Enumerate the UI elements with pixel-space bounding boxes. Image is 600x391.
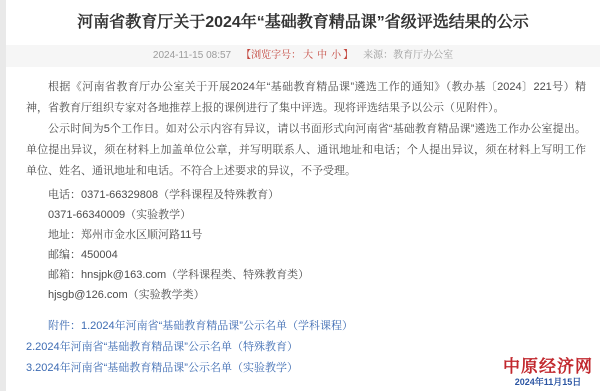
font-size-label-suffix: 】	[343, 50, 353, 61]
watermark-site-name: 中原经济网	[503, 358, 593, 377]
source-label: 来源：教育厅办公室	[363, 50, 453, 61]
article-paragraph-2: 公示时间为5个工作日。如对公示内容有异议，请以书面形式向河南省“基础教育精品课”…	[26, 119, 586, 182]
contact-address: 地址：郑州市金水区顺河路11号	[26, 225, 586, 245]
attachments-section: 附件：1.2024年河南省“基础教育精品课”公示名单（学科课程） 2.2024年…	[26, 316, 586, 379]
font-size-small-button[interactable]: 小	[331, 50, 341, 61]
page-title: 河南省教育厅关于2024年“基础教育精品课”省级评选结果的公示	[6, 0, 600, 35]
article-page: 河南省教育厅关于2024年“基础教育精品课”省级评选结果的公示 2024-11-…	[6, 0, 600, 391]
attachment-line-2: 2.2024年河南省“基础教育精品课”公示名单（特殊教育）	[26, 337, 586, 358]
contact-postcode: 邮编：450004	[26, 245, 586, 265]
contact-email-2: hjsgb@126.com（实验教学类）	[26, 285, 586, 305]
contact-info: 电话：0371-66329808（学科课程及特殊教育） 0371-6634000…	[26, 185, 586, 305]
article-body: 根据《河南省教育厅办公室关于开展2024年“基础教育精品课”遴选工作的通知》（教…	[6, 67, 600, 379]
font-size-large-button[interactable]: 大	[303, 50, 313, 61]
font-size-label: 【浏览字号：	[241, 50, 301, 61]
font-size-medium-button[interactable]: 中	[317, 50, 327, 61]
article-paragraph-1: 根据《河南省教育厅办公室关于开展2024年“基础教育精品课”遴选工作的通知》（教…	[26, 77, 586, 119]
attachment-line-3: 3.2024年河南省“基础教育精品课”公示名单（实验教学）	[26, 358, 586, 379]
watermark-date: 2024年11月15日	[503, 378, 593, 388]
attachment-link-1[interactable]: 1.2024年河南省“基础教育精品课”公示名单（学科课程）	[81, 320, 353, 332]
attachment-link-2[interactable]: 2.2024年河南省“基础教育精品课”公示名单（特殊教育）	[26, 341, 298, 353]
attachment-link-3[interactable]: 3.2024年河南省“基础教育精品课”公示名单（实验教学）	[26, 362, 298, 374]
contact-email: 邮箱：hnsjpk@163.com（学科课程类、特殊教育类）	[26, 265, 586, 285]
site-watermark: 中原经济网 2024年11月15日	[503, 358, 593, 388]
contact-phone-2: 0371-66340009（实验教学）	[26, 205, 586, 225]
publish-datetime: 2024-11-15 08:57	[153, 50, 231, 61]
font-size-control: 【浏览字号：大中小】	[241, 50, 353, 61]
contact-phone: 电话：0371-66329808（学科课程及特殊教育）	[26, 185, 586, 205]
attachment-line-1: 附件：1.2024年河南省“基础教育精品课”公示名单（学科课程）	[26, 316, 586, 337]
attachments-label: 附件：	[48, 320, 81, 332]
meta-bar: 2024-11-15 08:57【浏览字号：大中小】来源：教育厅办公室	[6, 45, 600, 67]
